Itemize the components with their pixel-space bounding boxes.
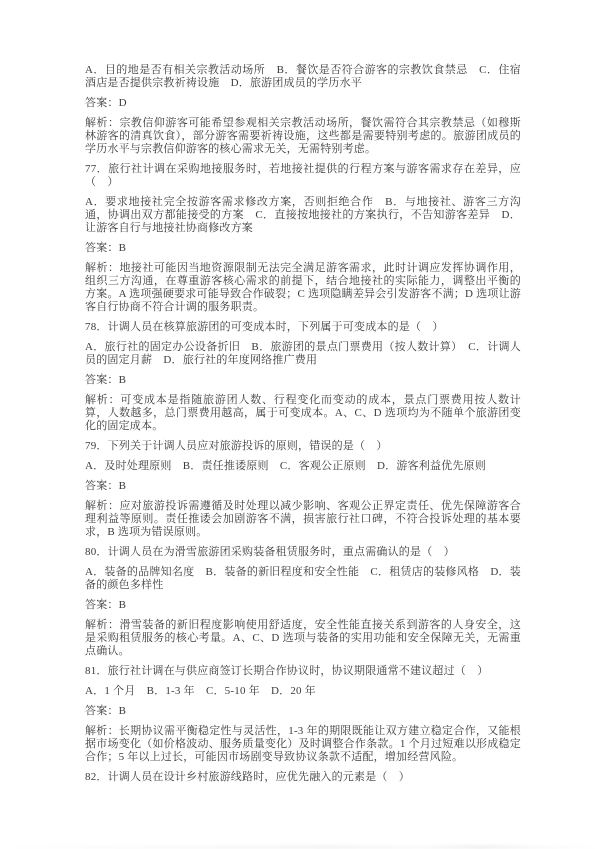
question-stem: 82．计调人员在设计乡村旅游线路时，应优先融入的元素是（ ） <box>85 771 521 784</box>
answer-line: 答案：B <box>85 374 521 387</box>
question-options: A．旅行社的固定办公设备折旧 B．旅游团的景点门票费用（按人数计算） C．计调人… <box>85 341 521 367</box>
question-block-78: 78．计调人员在核算旅游团的可变成本时，下列属于可变成本的是（ ） A．旅行社的… <box>85 321 521 433</box>
question-stem: 80．计调人员在为滑雪旅游团采购装备租赁服务时，重点需确认的是（ ） <box>85 546 521 559</box>
answer-line: 答案：B <box>85 599 521 612</box>
question-options: A．要求地接社完全按游客需求修改方案，否则拒绝合作 B．与地接社、游客三方沟通，… <box>85 196 521 235</box>
question-options: A．1 个月 B．1-3 年 C．5-10 年 D．20 年 <box>85 685 521 698</box>
question-block-81: 81．旅行社计调在与供应商签订长期合作协议时，协议期限通常不建议超过（ ） A．… <box>85 665 521 764</box>
answer-line: 答案：B <box>85 480 521 493</box>
question-stem: 77．旅行社计调在采购地接服务时，若地接社提供的行程方案与游客需求存在差异，应（… <box>85 163 521 189</box>
analysis-text: 解析：地接社可能因当地资源限制无法完全满足游客需求，此时计调应发挥协调作用，组织… <box>85 262 521 314</box>
answer-line: 答案：B <box>85 705 521 718</box>
question-block-79: 79．下列关于计调人员应对旅游投诉的原则，错误的是（ ） A．及时处理原则 B．… <box>85 440 521 539</box>
exam-content: A．目的地是否有相关宗教活动场所 B．餐饮是否符合游客的宗教饮食禁忌 C．住宿酒… <box>85 64 521 791</box>
scan-artifact <box>0 845 600 849</box>
question-stem: 79．下列关于计调人员应对旅游投诉的原则，错误的是（ ） <box>85 440 521 453</box>
analysis-text: 解析：宗教信仰游客可能希望参观相关宗教活动场所，餐饮需符合其宗教禁忌（如穆斯林游… <box>85 117 521 156</box>
question-options: A．目的地是否有相关宗教活动场所 B．餐饮是否符合游客的宗教饮食禁忌 C．住宿酒… <box>85 64 521 90</box>
analysis-text: 解析：应对旅游投诉需遵循及时处理以减少影响、客观公正界定责任、优先保障游客合理利… <box>85 500 521 539</box>
answer-line: 答案：D <box>85 97 521 110</box>
analysis-text: 解析：长期协议需平衡稳定性与灵活性，1-3 年的期限既能让双方建立稳定合作，又能… <box>85 725 521 764</box>
analysis-text: 解析：滑雪装备的新旧程度影响使用舒适度，安全性能直接关系到游客的人身安全，这是采… <box>85 619 521 658</box>
analysis-text: 解析：可变成本是指随旅游团人数、行程变化而变动的成本，景点门票费用按人数计算，人… <box>85 394 521 433</box>
question-block-80: 80．计调人员在为滑雪旅游团采购装备租赁服务时，重点需确认的是（ ） A．装备的… <box>85 546 521 658</box>
question-stem: 78．计调人员在核算旅游团的可变成本时，下列属于可变成本的是（ ） <box>85 321 521 334</box>
answer-line: 答案：B <box>85 242 521 255</box>
document-page: A．目的地是否有相关宗教活动场所 B．餐饮是否符合游客的宗教饮食禁忌 C．住宿酒… <box>0 0 600 849</box>
question-stem: 81．旅行社计调在与供应商签订长期合作协议时，协议期限通常不建议超过（ ） <box>85 665 521 678</box>
question-block-77: 77．旅行社计调在采购地接服务时，若地接社提供的行程方案与游客需求存在差异，应（… <box>85 163 521 314</box>
question-block-continued: A．目的地是否有相关宗教活动场所 B．餐饮是否符合游客的宗教饮食禁忌 C．住宿酒… <box>85 64 521 156</box>
question-options: A．装备的品牌知名度 B．装备的新旧程度和安全性能 C．租赁店的装修风格 D．装… <box>85 566 521 592</box>
question-options: A．及时处理原则 B．责任推诿原则 C．客观公正原则 D．游客利益优先原则 <box>85 460 521 473</box>
question-block-82: 82．计调人员在设计乡村旅游线路时，应优先融入的元素是（ ） <box>85 771 521 784</box>
